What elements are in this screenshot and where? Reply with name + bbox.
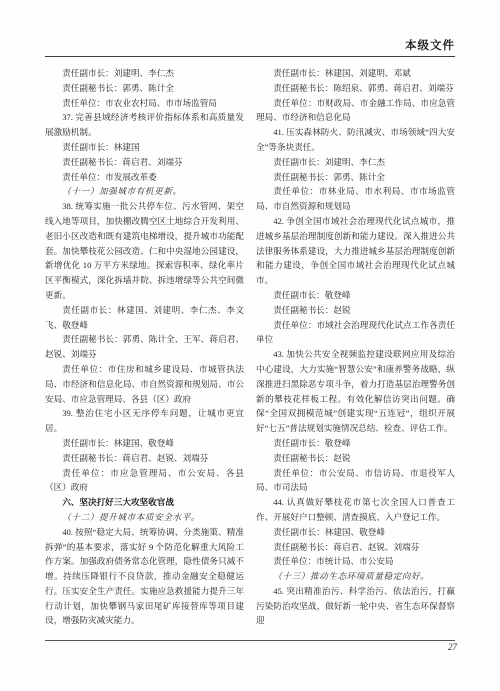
paragraph-resp: 责任副秘书长：赵锐 <box>256 303 455 318</box>
paragraph-resp: 责任单位：市林业局、市水利局、市市场监管局、市自然资源和规划局 <box>256 184 455 214</box>
paragraph-body: 42. 争创全国市域社会治理现代化试点城市，推进城乡基层治理制度创新和能力建设。… <box>256 214 455 288</box>
two-column-body: 责任副市长：刘建明、李仁杰责任副秘书长：郭勇、陈计全责任单位：市农业农村局、市市… <box>45 66 455 628</box>
paragraph-resp: 责任单位：市域社会治理现代化试点工作各责任单位 <box>256 318 455 348</box>
paragraph-resp: 责任副秘书长：郭勇、陈计全、王军、蒋启君、赵锐、刘端芬 <box>45 332 244 362</box>
page-number: 27 <box>448 642 457 652</box>
paragraph-resp: 责任副市长：林建国 <box>45 140 244 155</box>
paragraph-resp: 责任副秘书长：蒋启君、刘端芬 <box>45 155 244 170</box>
paragraph-body: 40. 按照“稳定大局、统筹协调、分类施策、精准拆弹”的基本要求，落实好 9 个… <box>45 525 244 628</box>
paragraph-sub: （十一）加强城市有机更新。 <box>45 184 244 199</box>
paragraph-resp: 责任单位：市统计局、市公安局 <box>256 554 455 569</box>
paragraph-resp: 责任副市长：林建国、刘建明、邓斌 <box>256 66 455 81</box>
page-header: 本级文件 <box>45 36 455 57</box>
paragraph-resp: 责任单位：市住房和城乡建设局、市城管执法局、市经济和信息化局、市自然资源和规划局… <box>45 362 244 406</box>
document-page: 本级文件 责任副市长：刘建明、李仁杰责任副秘书长：郭勇、陈计全责任单位：市农业农… <box>0 0 500 691</box>
paragraph-resp: 责任副秘书长：蒋启君、赵锐、刘端芬 <box>256 540 455 555</box>
paragraph-section: 六、坚决打好三大攻坚收官战 <box>45 495 244 510</box>
paragraph-body: 45. 突出精准治污、科学治污、依法治污，打赢污染防治攻坚战，做好新一轮中央、省… <box>256 584 455 628</box>
paragraph-resp: 责任单位：市应急管理局、市公安局、各县（区）政府 <box>45 466 244 496</box>
page-footer: 27 <box>45 640 455 657</box>
paragraph-resp: 责任单位：市财政局、市金融工作局、市应急管理局、市经济和信息化局 <box>256 96 455 126</box>
paragraph-body: 44. 认真做好攀枝花市第七次全国人口普查工作、开展好户口整顿、清查摸底、入户登… <box>256 495 455 525</box>
paragraph-resp: 责任单位：市公安局、市信访局、市退役军人局、市司法局 <box>256 466 455 496</box>
paragraph-resp: 责任副秘书长：郭勇、陈计全 <box>45 81 244 96</box>
left-column: 责任副市长：刘建明、李仁杰责任副秘书长：郭勇、陈计全责任单位：市农业农村局、市市… <box>45 66 244 628</box>
paragraph-resp: 责任副市长：刘建明、李仁杰 <box>45 66 244 81</box>
paragraph-body: 43. 加快公共安全视频监控建设联网应用及综治中心建设，大力实施“智慧公安”和康… <box>256 347 455 436</box>
paragraph-resp: 责任副秘书长：陈绍泉、郭勇、蒋启君、刘端芬 <box>256 81 455 96</box>
paragraph-resp: 责任副市长：林建国、敬登峰 <box>256 525 455 540</box>
paragraph-resp: 责任副市长：林建国、刘建明、李仁杰、李文飞、敬登峰 <box>45 303 244 333</box>
paragraph-resp: 责任副市长：敬登峰 <box>256 436 455 451</box>
paragraph-sub: （十二）提升城市本质安全水平。 <box>45 510 244 525</box>
page-content-area: 本级文件 责任副市长：刘建明、李仁杰责任副秘书长：郭勇、陈计全责任单位：市农业农… <box>45 36 455 661</box>
paragraph-body: 41. 压实森林防火、防汛减灾、市场领域“四大安全”等条块责任。 <box>256 125 455 155</box>
paragraph-resp: 责任副市长：林建国、敬登峰 <box>45 436 244 451</box>
paragraph-resp: 责任副秘书长：蒋启君、赵锐、刘端芬 <box>45 451 244 466</box>
paragraph-resp: 责任单位：市农业农村局、市市场监管局 <box>45 96 244 111</box>
right-column: 责任副市长：林建国、刘建明、邓斌责任副秘书长：陈绍泉、郭勇、蒋启君、刘端芬责任单… <box>256 66 455 628</box>
paragraph-resp: 责任副市长：敬登峰 <box>256 288 455 303</box>
paragraph-resp: 责任副秘书长：郭勇、陈计全 <box>256 170 455 185</box>
paragraph-body: 39. 整治住宅小区无序停车问题，让城市更宜居。 <box>45 406 244 436</box>
paragraph-sub: （十三）推动生态环境质量稳定向好。 <box>256 569 455 584</box>
paragraph-body: 38. 统筹实施一批公共停车位、污水管网、架空线入地等项目，加快棚改腾空区土地综… <box>45 199 244 303</box>
paragraph-resp: 责任副市长：刘建明、李仁杰 <box>256 155 455 170</box>
paragraph-resp: 责任副秘书长：赵锐 <box>256 451 455 466</box>
paragraph-resp: 责任单位：市发展改革委 <box>45 170 244 185</box>
page-header-title: 本级文件 <box>405 37 455 53</box>
paragraph-body: 37. 完善县域经济考核评价指标体系和高质量发展激励机制。 <box>45 110 244 140</box>
